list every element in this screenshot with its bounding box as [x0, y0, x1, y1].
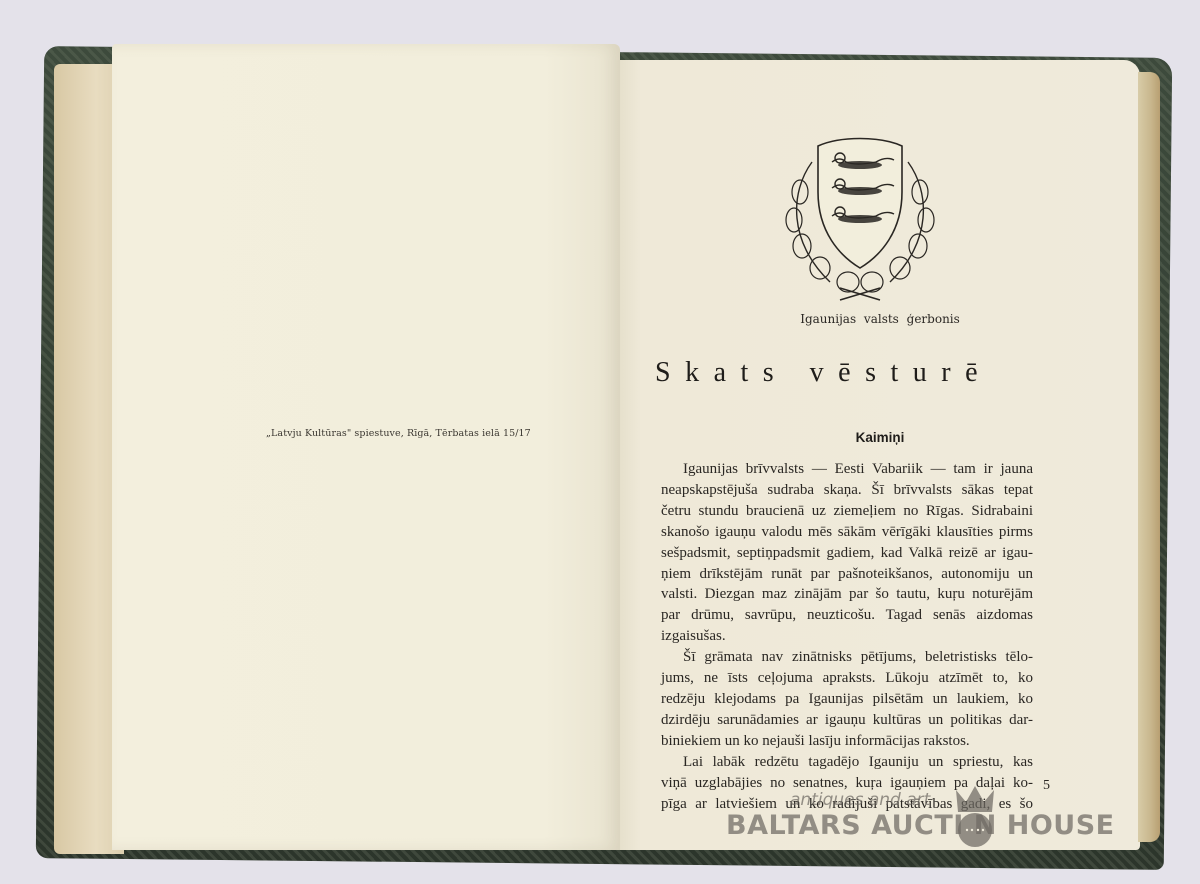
chapter-title: Skats vēsturē [655, 357, 1035, 389]
text-line: jums, ne īsts ceļojuma apraksts. Lūkoju … [661, 668, 1033, 689]
section-title: Kaimiņi [620, 430, 1140, 445]
paragraph: Igaunijas brīvvalsts — Eesti Vabariik — … [661, 459, 1033, 647]
paragraph: Lai labāk redzētu tagadējo Igauniju un s… [661, 752, 1033, 815]
page-block-edge [1138, 72, 1160, 842]
estonian-coat-of-arms-icon [770, 132, 950, 307]
text-line: valsti. Diezgan maz zinājām par šo tautu… [661, 584, 1033, 605]
paragraph: Šī grāmata nav zinātnisks pētījums, bele… [661, 647, 1033, 752]
text-line: pīga ar latviešiem un ko radījuši patstā… [661, 794, 1033, 815]
text-line: izgaisušas. [661, 626, 1033, 647]
body-text: Igaunijas brīvvalsts — Eesti Vabariik — … [661, 459, 1033, 814]
text-line: redzēju klejodams pa Igaunijas pilsētām … [661, 689, 1033, 710]
text-line: Igaunijas brīvvalsts — Eesti Vabariik — … [661, 459, 1033, 480]
text-line: sešpadsmit, septiņpadsmit gadiem, kad Va… [661, 543, 1033, 564]
text-line: Šī grāmata nav zinātnisks pētījums, bele… [661, 647, 1033, 668]
text-line: biniekiem un ko nejauši lasīju informāci… [661, 731, 1033, 752]
text-line: ņiem drīkstējām runāt par pašnoteikšanos… [661, 564, 1033, 585]
left-page [112, 44, 620, 850]
text-line: par drūmu, savrūpu, neuzticošu. Tagad se… [661, 605, 1033, 626]
text-line: dzirdēju sarunādamies ar igauņu kultūras… [661, 710, 1033, 731]
text-line: neapskapstējuša sudraba skaņa. Šī brīvva… [661, 480, 1033, 501]
printer-imprint: „Latvju Kultūras" spiestuve, Rīgā, Tērba… [266, 428, 531, 439]
page-number: 5 [1043, 778, 1050, 794]
coat-of-arms [770, 132, 950, 312]
text-line: skanošo igauņu valodu mēs sākām vērīgāki… [661, 522, 1033, 543]
text-line: četru stundu braucienā uz ziemeļiem no R… [661, 501, 1033, 522]
text-line: Lai labāk redzētu tagadējo Igauniju un s… [661, 752, 1033, 773]
emblem-caption: Igaunijas valsts ģerbonis [620, 312, 1140, 326]
text-line: viņā uzglabājies no senatnes, kuŗa igauņ… [661, 773, 1033, 794]
